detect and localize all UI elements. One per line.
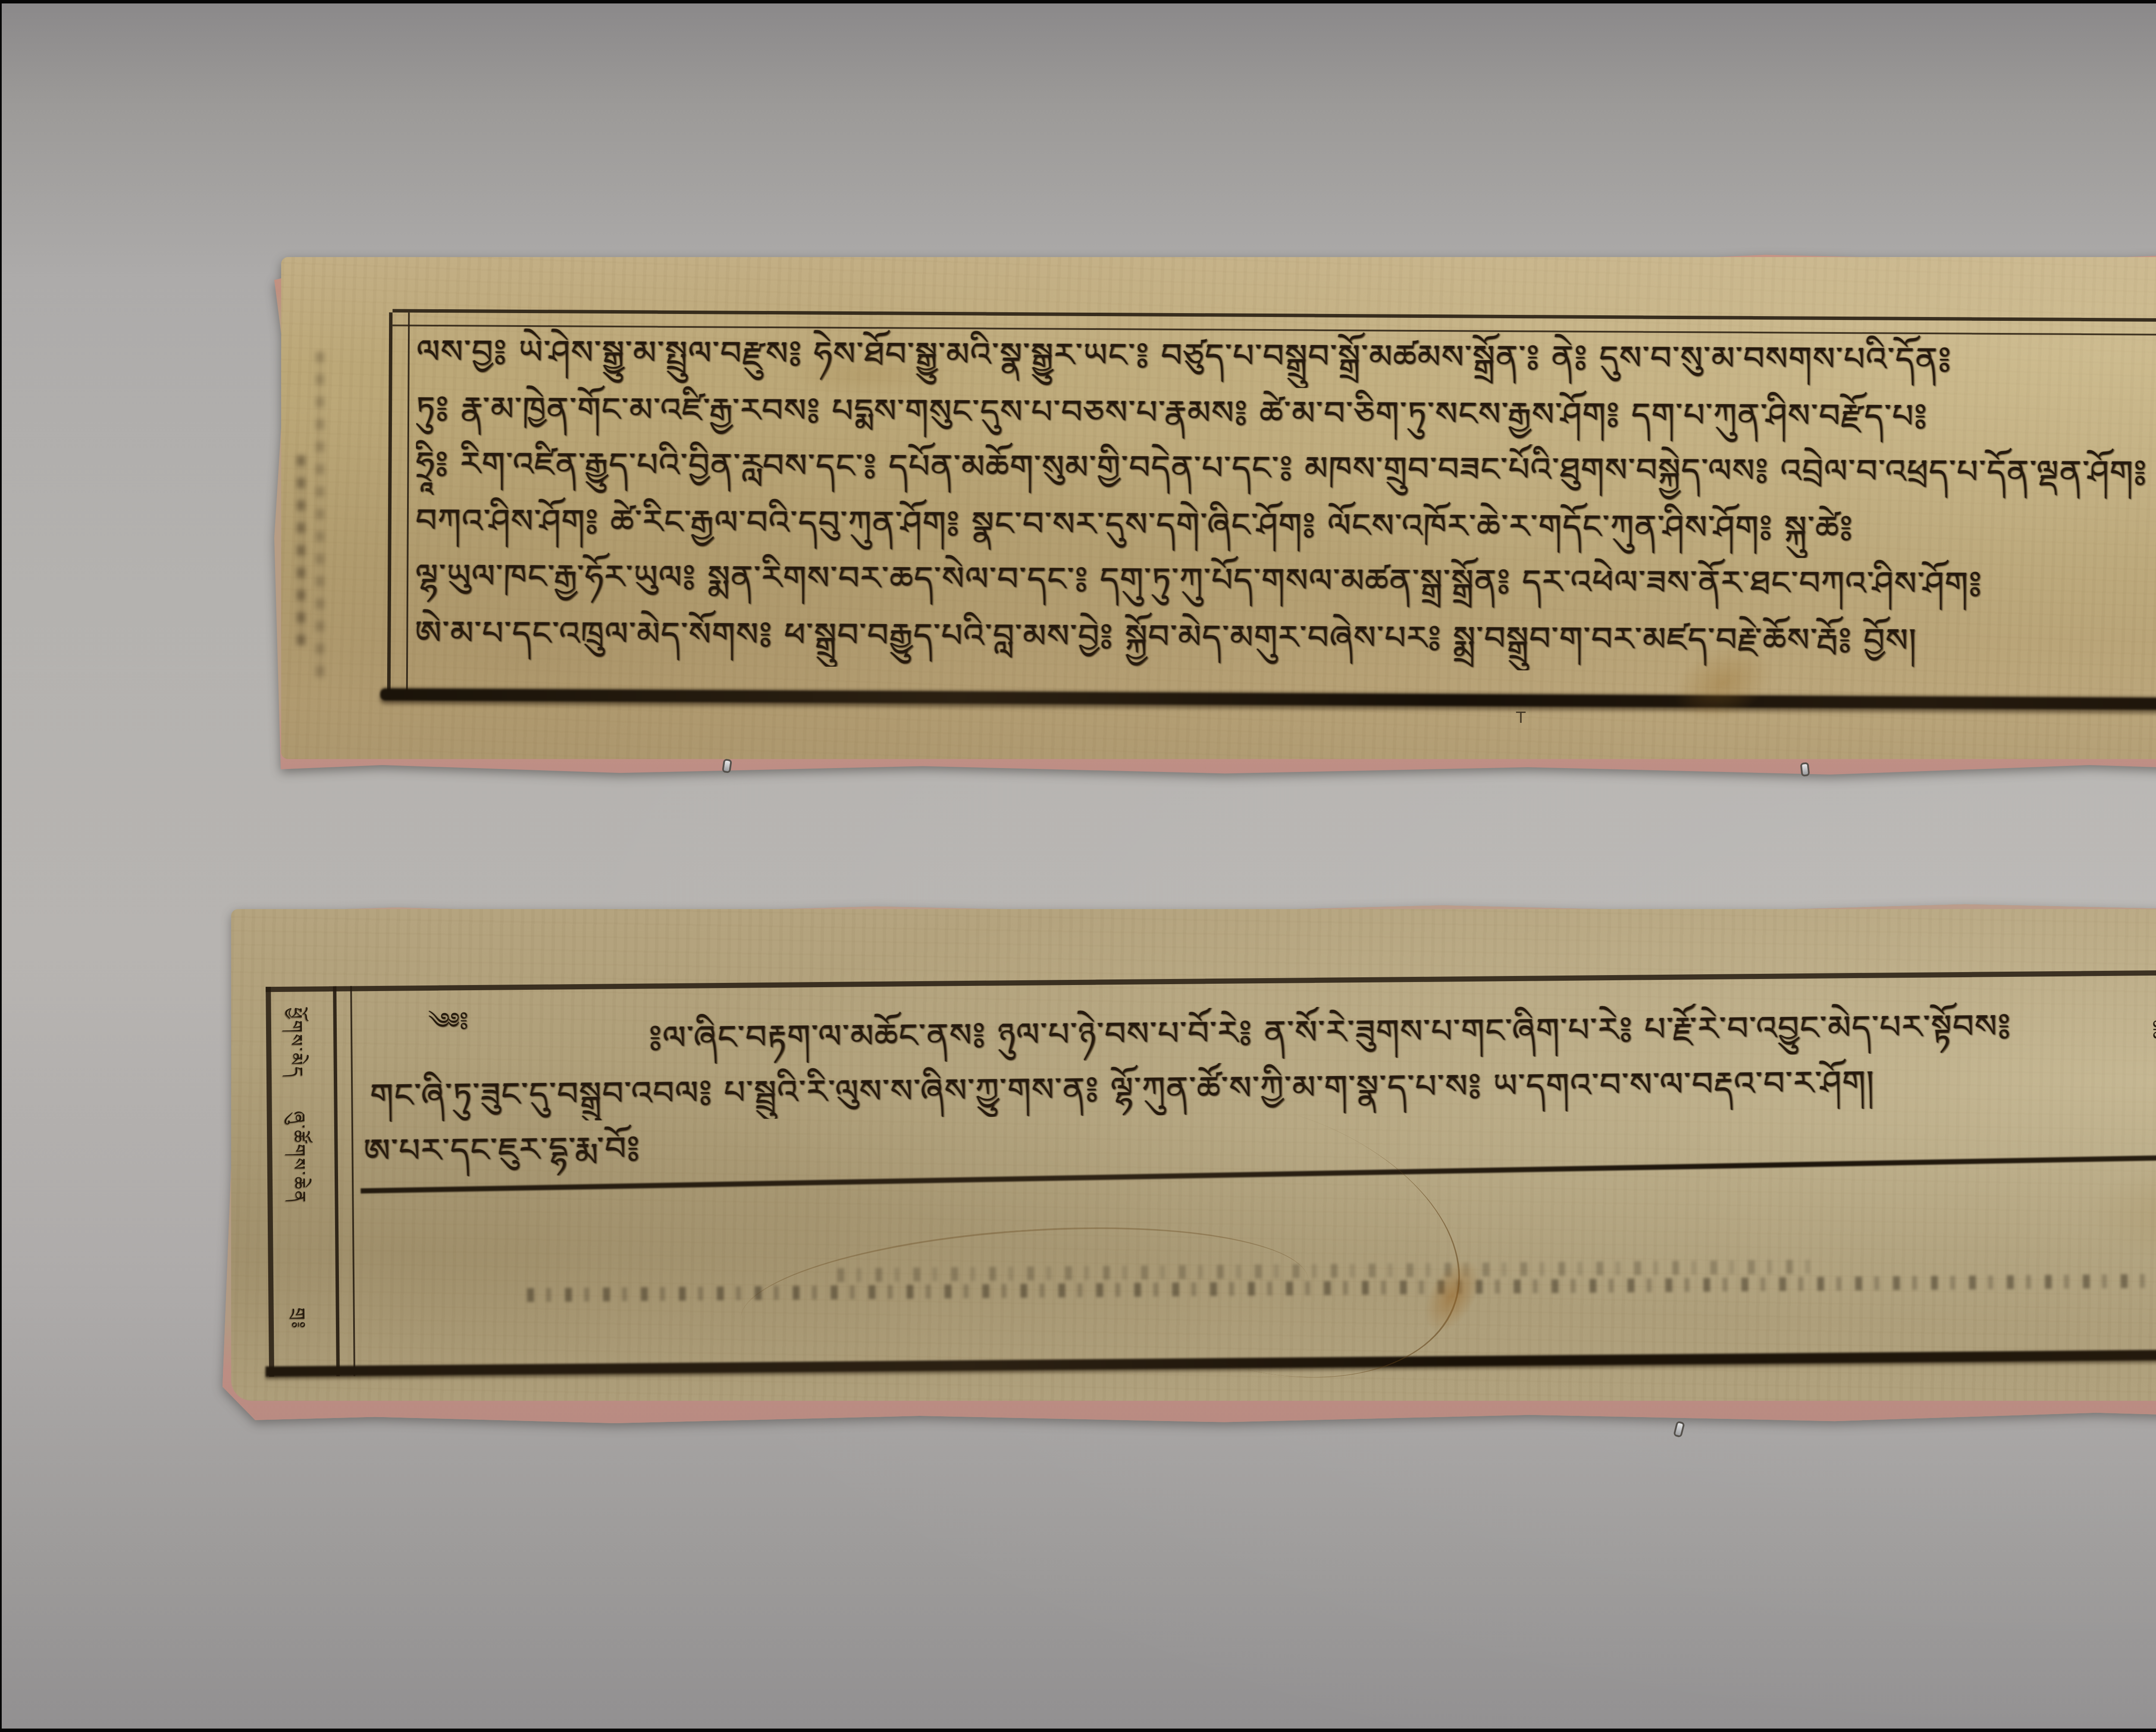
manuscript-photograph: ལས་བྱ༔ ཡེ་ཤེས་སྒྱུ་མ་སྤྲུལ་བརྫུས༔ ཧེས་ཐོ…	[0, 0, 2156, 1732]
top-leaf-text-block: ལས་བྱ༔ ཡེ་ཤེས་སྒྱུ་མ་སྤྲུལ་བརྫུས༔ ཧེས་ཐོ…	[415, 326, 2156, 674]
below-frame-mark: T	[1516, 711, 1526, 728]
tibetan-text-line: ཏུ༔ རྣ་མ་ཁྱེན་གོང་མ་འཛི་རྒྱ་རབས༔ པདྨས་གས…	[416, 383, 2156, 449]
yig-mgo-head-mark: ༄༅༔	[428, 995, 468, 1060]
margin-title-vertical: ཕྱོགས་མེད	[266, 1007, 315, 1078]
bottom-manuscript-leaf: ཕྱོགས་མེད ཞུ་ཚོགས་ཆེན གྲ༔ ༄༅༔ ༔ལ་ཞིང་བརྟ…	[222, 902, 2156, 1423]
tibetan-text-line: ཨ་པར་དང་ཇུར་དྷ་རྨ་བོ༔	[364, 1123, 641, 1178]
top-manuscript-leaf: ལས་བྱ༔ ཡེ་ཤེས་སྒྱུ་མ་སྤྲུལ་བརྫུས༔ ཧེས་ཐོ…	[274, 248, 2156, 775]
tibetan-text-line: ལས་བྱ༔ ཡེ་ཤེས་སྒྱུ་མ་སྤྲུལ་བརྫུས༔ ཧེས་ཐོ…	[417, 326, 2156, 392]
tibetan-text-line: ལྷ་ཡུལ་ཁང་རྒྱ་ཧོར་ཡུལ༔ སྨན་རིགས་བར་ཆད་སེ…	[415, 551, 2156, 617]
title-cell-divider-double-rule	[333, 986, 355, 1376]
tibetan-text-line: ཧྲཱི༔ རིག་འཛིན་རྒྱུད་པའི་བྱིན་རླབས་དང་༔ …	[416, 439, 2156, 505]
metal-pin	[1800, 762, 1810, 777]
frame-left-double-rule	[387, 312, 410, 699]
tibetan-text-line: ༔ལ་ཞིང་བརྟག་ལ་མཆོང་ནས༔ ཉུལ་པ་ཉེ་བས་པ་བོ་…	[649, 1000, 2129, 1065]
paper-stain	[792, 352, 947, 397]
margin-title-vertical: ཞུ་ཚོགས་ཆེན	[269, 1111, 318, 1204]
margin-ink-ghost-streak	[297, 455, 305, 645]
margin-title-vertical: གྲ༔	[269, 1307, 317, 1330]
margin-ink-ghost-streak	[316, 352, 324, 680]
tibetan-text-line: བཀའ་ཤིས་ཤོག༔ ཚེ་རིང་རྒྱལ་བའི་དབུ་ཀུན་ཤོག…	[415, 495, 2156, 561]
top-leaf-printed-frame: ལས་བྱ༔ ཡེ་ཤེས་སྒྱུ་མ་སྤྲུལ་བརྫུས༔ ཧེས་ཐོ…	[387, 309, 2156, 709]
tibetan-text-line: ཨེ་མ་པ་དང་འཁྲུལ་མེད་སོགས༔ ཕ་སྒྲུབ་བརྒྱུད…	[415, 608, 2156, 674]
